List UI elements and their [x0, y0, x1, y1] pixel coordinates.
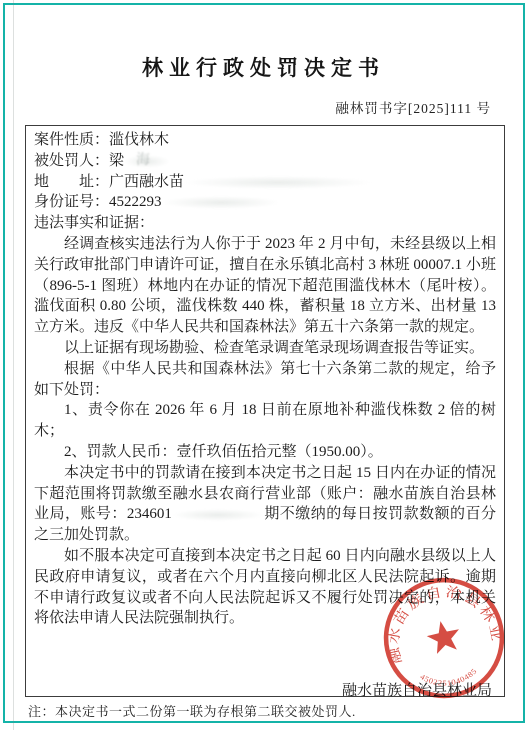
redaction-smudge-name: 海: [124, 155, 170, 168]
seal-star-icon: [424, 618, 463, 655]
field-label: 身份证号：: [34, 194, 109, 210]
field-value: 梁: [109, 153, 124, 169]
paragraph-legal-basis: 根据《中华人民共和国森林法》第七十六条第二款的规定，给予如下处罚：: [34, 359, 496, 401]
redaction-smudge-account: [172, 509, 264, 521]
redaction-smudge-address: [184, 176, 372, 189]
redaction-smudge-id: [162, 196, 280, 209]
field-label: 地 址：: [34, 174, 109, 190]
paragraph-evidence: 以上证据有现场勘验、检查笔录调查笔录现场调查报告等证实。: [34, 338, 496, 359]
seal-graphic: 融水苗族自治县林业局 4502251040485: [369, 563, 518, 712]
field-label: 案件性质：: [34, 132, 109, 148]
section-heading: 违法事实和证据：: [34, 213, 496, 234]
paragraph-facts: 经调查核实违法行为人你于于 2023 年 2 月中旬，未经县级以上相关行政审批部…: [34, 234, 496, 338]
field-value: 滥伐林木: [109, 132, 169, 148]
footnote: 注：本决定书一式二份第一联为存根第二联交被处罚人.: [28, 701, 356, 720]
paragraph-payment: 本决定书中的罚款请在接到本决定书之日起 15 日内在办证的情况下超范围将罚款缴至…: [34, 463, 496, 546]
field-value: 广西融水苗: [109, 174, 184, 190]
redacted-ghost-char: 海: [136, 151, 150, 172]
page-title: 林业行政处罚决定书: [0, 52, 527, 82]
field-punished-person: 被处罚人：梁海: [34, 151, 496, 172]
field-label: 被处罚人：: [34, 153, 109, 169]
field-address: 地 址：广西融水苗: [34, 172, 496, 193]
field-id-number: 身份证号：4522293: [34, 192, 496, 213]
field-case-nature: 案件性质：滥伐林木: [34, 130, 496, 151]
penalty-item-2: 2、罚款人民币：壹仟玖佰伍拾元整（1950.00）。: [34, 442, 496, 463]
field-value: 4522293: [109, 194, 162, 210]
official-seal-stamp: 融水苗族自治县林业局 4502251040485: [369, 563, 518, 712]
doc-number: 融林罚书字[2025]111 号: [335, 97, 491, 117]
document-page: 林业行政处罚决定书 融林罚书字[2025]111 号 案件性质：滥伐林木 被处罚…: [0, 0, 527, 730]
scan-page-edge: [13, 0, 14, 730]
penalty-item-1: 1、责令你在 2026 年 6 月 18 日前在原地补种滥伐株数 2 倍的树木；: [34, 400, 496, 442]
